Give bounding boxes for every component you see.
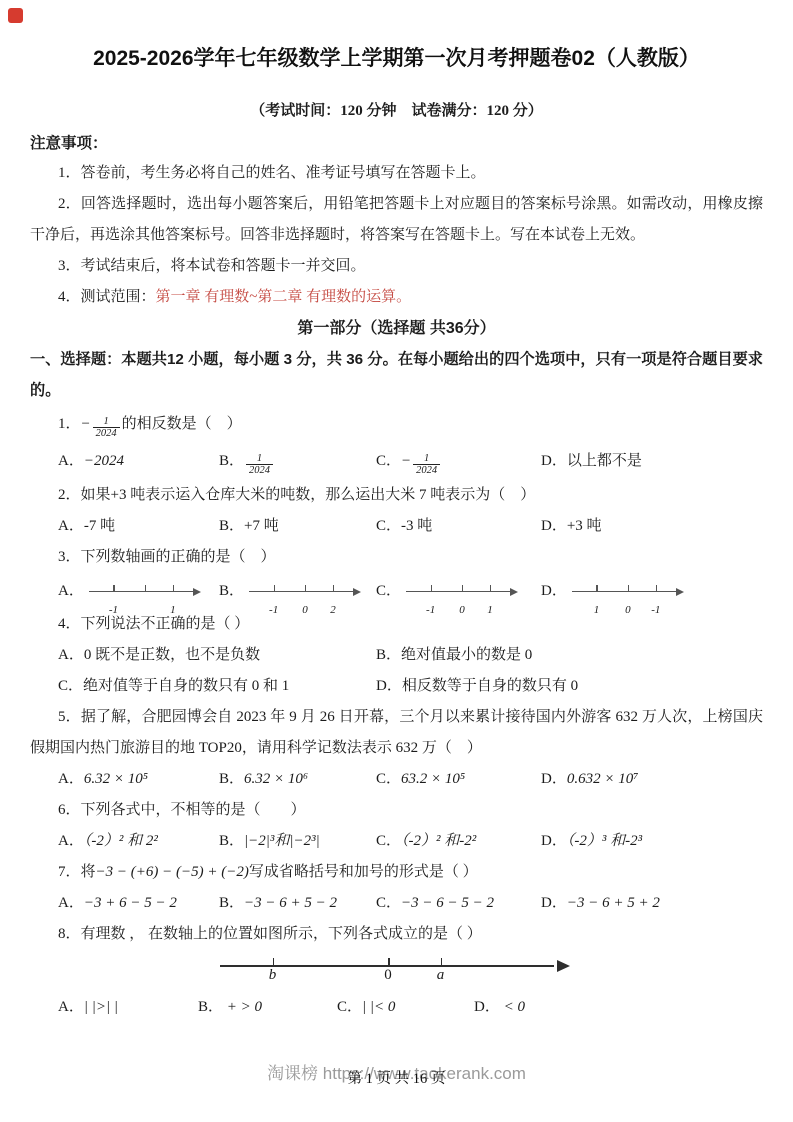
fraction-numerator: 1 xyxy=(93,416,120,427)
option-c: C．−3 − 6 − 5 − 2 xyxy=(376,888,541,919)
option-a-label: A． xyxy=(58,583,84,599)
tick-label-0: 0 xyxy=(384,967,392,984)
question-5-options: A．6.32 × 10⁵ B．6.32 × 10⁶ C．63.2 × 10⁵ D… xyxy=(58,764,763,795)
tick-label-b: b xyxy=(269,967,277,984)
option-b-value: 6.32 × 10⁶ xyxy=(244,771,308,787)
option-d: D．以上都不是 xyxy=(541,443,763,480)
axis-line xyxy=(249,591,353,592)
tick-label: -1 xyxy=(269,592,278,628)
option-d-label: D． xyxy=(474,999,500,1015)
tick-label: 0 xyxy=(302,592,308,628)
option-d-value: 0.632 × 10⁷ xyxy=(567,771,639,787)
option-d-value: （-2）³ 和-2³ xyxy=(567,833,642,849)
q7-prefix: 7．将 xyxy=(58,864,96,880)
page-content: 2025-2026学年七年级数学上学期第一次月考押题卷02（人教版） （考试时间… xyxy=(0,44,793,1023)
tick xyxy=(274,585,275,592)
tick xyxy=(441,958,443,966)
question-4-options-row1: A．0 既不是正数，也不是负数 B．绝对值最小的数是 0 xyxy=(58,640,763,671)
tick xyxy=(273,958,275,966)
option-c-value: （-2）² 和-2² xyxy=(401,833,476,849)
q1-text: 的相反数是（ ） xyxy=(122,416,242,432)
option-a-value: −3 + 6 − 5 − 2 xyxy=(84,895,177,911)
option-b-value: + > 0 xyxy=(223,999,262,1015)
option-c: C．63.2 × 10⁵ xyxy=(376,764,541,795)
tick xyxy=(145,585,146,592)
option-d-label: D． xyxy=(541,583,567,599)
option-a-value: 6.32 × 10⁵ xyxy=(84,771,148,787)
option-d-label: D． xyxy=(541,895,567,911)
question-2-options: A．-7 吨 B．+7 吨 C．-3 吨 D．+3 吨 xyxy=(58,511,763,542)
option-d-label: D． xyxy=(541,453,567,469)
question-6-stem: 6．下列各式中，不相等的是（ ） xyxy=(58,795,763,826)
option-d-label: D． xyxy=(541,771,567,787)
question-7-options: A．−3 + 6 − 5 − 2 B．−3 − 6 + 5 − 2 C．−3 −… xyxy=(58,888,763,919)
fraction-denominator: 2024 xyxy=(93,427,120,439)
option-b: B．−3 − 6 + 5 − 2 xyxy=(219,888,376,919)
notice-heading: 注意事项： xyxy=(30,130,763,158)
arrow-right-icon xyxy=(557,960,570,972)
option-d: D．相反数等于自身的数只有 0 xyxy=(376,671,763,702)
option-c: C．| |< 0 xyxy=(337,992,474,1023)
q1-number: 1． xyxy=(58,416,81,432)
option-d-value: < 0 xyxy=(500,999,525,1015)
question-4-options-row2: C．绝对值等于自身的数只有 0 和 1 D．相反数等于自身的数只有 0 xyxy=(58,671,763,702)
exam-meta: （考试时间：120 分钟 试卷满分：120 分） xyxy=(30,100,763,122)
exam-page: 2025-2026学年七年级数学上学期第一次月考押题卷02（人教版） （考试时间… xyxy=(0,0,793,1122)
option-a-value: −2024 xyxy=(84,453,124,469)
tick-label: -1 xyxy=(426,592,435,628)
option-b-label: B． xyxy=(219,833,244,849)
option-d-value: −3 − 6 + 5 + 2 xyxy=(567,895,660,911)
option-a-value: | |>| | xyxy=(84,999,118,1015)
option-b: B．6.32 × 10⁶ xyxy=(219,764,376,795)
option-c-label: C． xyxy=(376,453,401,469)
option-b: B．-102 xyxy=(219,573,376,609)
option-c: C．-3 吨 xyxy=(376,511,541,542)
option-b: B． + > 0 xyxy=(198,992,337,1023)
option-c-label: C． xyxy=(376,895,401,911)
arrow-right-icon xyxy=(510,588,518,596)
arrow-right-icon xyxy=(353,588,361,596)
tick xyxy=(490,585,491,592)
notice-item-2: 2．回答选择题时，选出每小题答案后，用铅笔把答题卡上对应题目的答案标号涂黑。如需… xyxy=(30,189,763,251)
option-d-value: 以上都不是 xyxy=(567,453,642,469)
part1-header: 第一部分（选择题 共36分） xyxy=(30,313,763,344)
fraction-denominator: 2024 xyxy=(246,464,273,476)
question-3-options: A．-11 B．-102 C．-101 D．10-1 xyxy=(58,573,763,609)
tick-label: 1 xyxy=(170,592,176,628)
option-b-label: B． xyxy=(219,895,244,911)
page-footer: 淘课榜 https://www.taokerank.com 第 1 页 共 16… xyxy=(0,1060,793,1098)
axis-line xyxy=(406,591,510,592)
number-line: -101 xyxy=(406,577,518,607)
option-a: A．（-2）² 和 2² xyxy=(58,826,219,857)
option-c: C．−12024 xyxy=(376,443,541,480)
option-d-label: D． xyxy=(541,833,567,849)
option-c-value: | |< 0 xyxy=(362,999,395,1015)
question-6-options: A．（-2）² 和 2² B．|−2|³和|−2³| C．（-2）² 和-2² … xyxy=(58,826,763,857)
tick-label: 0 xyxy=(459,592,465,628)
number-line: -102 xyxy=(249,577,361,607)
fraction-numerator: 1 xyxy=(246,453,273,464)
question-5-stem: 5．据了解，合肥园博会自 2023 年 9 月 26 日开幕，三个月以来累计接待… xyxy=(30,702,763,764)
option-c-minus: − xyxy=(401,453,411,469)
option-a: A．0 既不是正数，也不是负数 xyxy=(58,640,376,671)
tick xyxy=(628,585,629,592)
exam-title: 2025-2026学年七年级数学上学期第一次月考押题卷02（人教版） xyxy=(34,44,759,74)
option-c-label: C． xyxy=(337,999,362,1015)
tick xyxy=(173,585,174,592)
red-annotation-icon xyxy=(8,8,23,23)
option-a-value: （-2）² 和 2² xyxy=(84,833,158,849)
question-1-stem: 1．−12024的相反数是（ ） xyxy=(58,406,763,443)
tick xyxy=(113,585,114,592)
tick-label: 1 xyxy=(594,592,600,628)
option-a: A．6.32 × 10⁵ xyxy=(58,764,219,795)
tick xyxy=(431,585,432,592)
question-3-stem: 3．下列数轴画的正确的是（ ） xyxy=(58,542,763,573)
option-b-label: B． xyxy=(219,453,244,469)
tick-label: 1 xyxy=(487,592,493,628)
option-a: A．-11 xyxy=(58,573,219,609)
option-d: D．（-2）³ 和-2³ xyxy=(541,826,763,857)
question-8-stem: 8．有理数 ， 在数轴上的位置如图所示，下列各式成立的是（ ） xyxy=(58,919,763,950)
option-c-value: −3 − 6 − 5 − 2 xyxy=(401,895,494,911)
notice-item-3: 3．考试结束后，将本试卷和答题卡一并交回。 xyxy=(58,251,763,282)
option-c: C．（-2）² 和-2² xyxy=(376,826,541,857)
arrow-right-icon xyxy=(676,588,684,596)
option-a-label: A． xyxy=(58,895,84,911)
question-2-stem: 2．如果+3 吨表示运入仓库大米的吨数，那么运出大米 7 吨表示为（ ） xyxy=(58,480,763,511)
option-d: D． < 0 xyxy=(474,992,763,1023)
option-c-label: C． xyxy=(376,583,401,599)
option-b-label: B． xyxy=(219,771,244,787)
option-b-label: B． xyxy=(219,583,244,599)
arrow-right-icon xyxy=(193,588,201,596)
option-b: B．绝对值最小的数是 0 xyxy=(376,640,763,671)
option-a: A．| |>| | xyxy=(58,992,198,1023)
option-a-label: A． xyxy=(58,453,84,469)
option-c: C．绝对值等于自身的数只有 0 和 1 xyxy=(58,671,376,702)
tick xyxy=(333,585,334,592)
option-a: A．−3 + 6 − 5 − 2 xyxy=(58,888,219,919)
option-a: A．−2024 xyxy=(58,443,219,480)
option-d: D．0.632 × 10⁷ xyxy=(541,764,763,795)
tick-label: -1 xyxy=(109,592,118,628)
option-b: B．|−2|³和|−2³| xyxy=(219,826,376,857)
notice-item-1: 1．答卷前，考生务必将自己的姓名、准考证号填写在答题卡上。 xyxy=(58,158,763,189)
option-d: D．+3 吨 xyxy=(541,511,763,542)
q1-minus: − xyxy=(81,416,91,432)
fraction-numerator: 1 xyxy=(413,453,440,464)
option-b-value: |−2|³和|−2³| xyxy=(244,833,320,849)
option-a-label: A． xyxy=(58,999,84,1015)
question-7-stem: 7．将−3 − (+6) − (−5) + (−2)写成省略括号和加号的形式是（… xyxy=(58,857,763,888)
notice-item-4-prefix: 4．测试范围： xyxy=(58,289,156,305)
tick xyxy=(656,585,657,592)
tick xyxy=(305,585,306,592)
option-b: B．+7 吨 xyxy=(219,511,376,542)
tick-label: 0 xyxy=(625,592,631,628)
tick xyxy=(596,585,597,592)
tick xyxy=(388,958,390,966)
fraction: 12024 xyxy=(413,453,440,476)
option-d: D．−3 − 6 + 5 + 2 xyxy=(541,888,763,919)
fraction-denominator: 2024 xyxy=(413,464,440,476)
tick xyxy=(462,585,463,592)
part1-intro: 一、选择题：本题共12 小题，每小题 3 分，共 36 分。在每小题给出的四个选… xyxy=(30,344,763,406)
notice-item-4: 4．测试范围：第一章 有理数~第二章 有理数的运算。 xyxy=(58,282,763,313)
axis-line xyxy=(89,591,193,592)
question-8-options: A．| |>| | B． + > 0 C．| |< 0 D． < 0 xyxy=(58,992,763,1023)
question-8-number-line: b 0 a xyxy=(220,950,570,992)
option-b-label: B． xyxy=(198,999,223,1015)
option-b-value: −3 − 6 + 5 − 2 xyxy=(244,895,337,911)
number-line: 10-1 xyxy=(572,577,684,607)
option-a-label: A． xyxy=(58,771,84,787)
tick-label: 2 xyxy=(330,592,336,628)
number-line: -11 xyxy=(89,577,201,607)
option-a: A．-7 吨 xyxy=(58,511,219,542)
option-d: D．10-1 xyxy=(541,573,763,609)
q7-expression: −3 − (+6) − (−5) + (−2) xyxy=(96,864,249,880)
q7-suffix: 写成省略括号和加号的形式是（ ） xyxy=(249,864,478,880)
option-c-label: C． xyxy=(376,771,401,787)
option-c-label: C． xyxy=(376,833,401,849)
page-number: 第 1 页 共 16 页 xyxy=(0,1067,793,1088)
tick-label-a: a xyxy=(437,967,445,984)
option-c: C．-101 xyxy=(376,573,541,609)
option-c-value: 63.2 × 10⁵ xyxy=(401,771,465,787)
option-a-label: A． xyxy=(58,833,84,849)
tick-label: -1 xyxy=(651,592,660,628)
fraction: 12024 xyxy=(93,416,120,439)
option-b: B．12024 xyxy=(219,443,376,480)
fraction: 12024 xyxy=(246,453,273,476)
question-1-options: A．−2024 B．12024 C．−12024 D．以上都不是 xyxy=(58,443,763,480)
notice-item-4-range: 第一章 有理数~第二章 有理数的运算。 xyxy=(156,289,412,305)
